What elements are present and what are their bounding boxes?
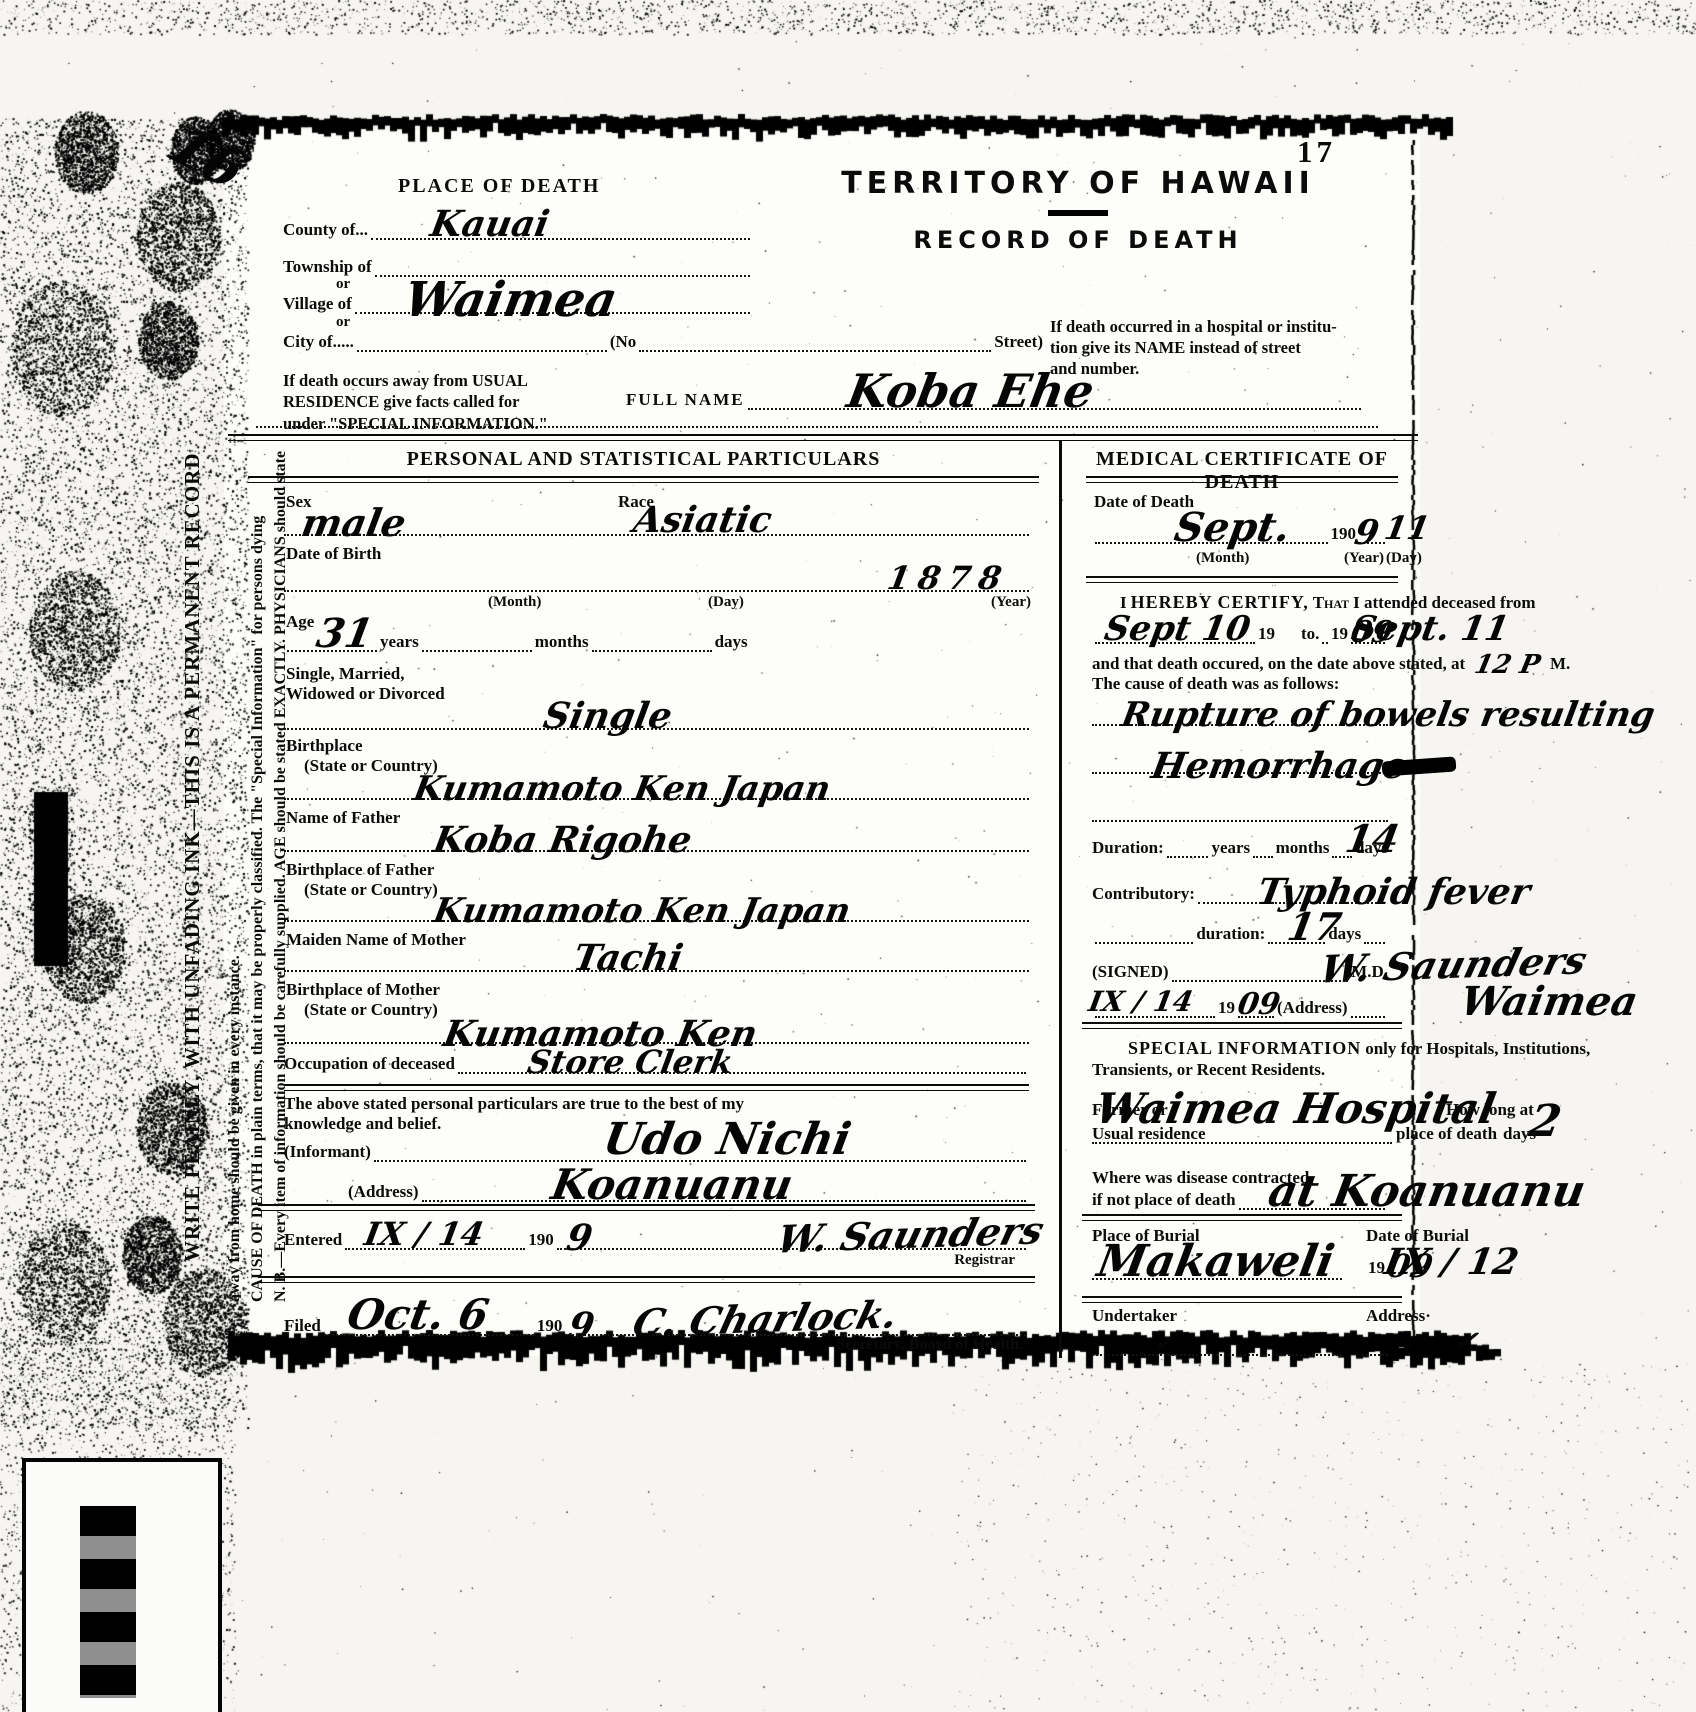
rule xyxy=(258,1276,1035,1283)
signed-year-value: 09 xyxy=(1235,990,1282,1020)
cause-value-2: Hemorrhage xyxy=(1149,748,1410,784)
months-label: months xyxy=(535,632,589,652)
filed-date-line: Oct. 6 xyxy=(324,1328,534,1336)
occupation-value: Store Clerk xyxy=(525,1046,735,1078)
age-label: Age xyxy=(286,612,314,632)
days-label: days xyxy=(715,632,748,652)
cause-line-1: Rupture of bowels resulting xyxy=(1092,722,1388,726)
marital-line: Single xyxy=(284,726,1029,730)
special-info-rest: only for Hospitals, Institutions, xyxy=(1365,1039,1590,1058)
full-name-value: Koba Ehe xyxy=(844,368,1098,414)
rule xyxy=(248,476,1039,483)
residence-note-line1: If death occurs away from USUAL xyxy=(283,370,613,391)
burial-place-line: Makaweli xyxy=(1092,1276,1342,1280)
father-bp-value: Kumamoto Ken Japan xyxy=(431,894,853,928)
medical-title: MEDICAL CERTIFICATE OF DEATH xyxy=(1066,448,1418,494)
filed-year-printed: 190 xyxy=(537,1316,563,1336)
rule xyxy=(1082,1296,1402,1303)
burial-year-value: 09 xyxy=(1385,1250,1435,1282)
marital-label-2: Widowed or Divorced xyxy=(286,684,445,704)
contributory-label: Contributory: xyxy=(1092,884,1195,904)
filed-label: Filed xyxy=(284,1316,321,1336)
margin-note-nb-line3: away from home should be given in every … xyxy=(226,955,244,1302)
undertaker-label: Undertaker xyxy=(1092,1306,1177,1326)
special-info-bold: SPECIAL INFORMATION xyxy=(1128,1038,1361,1058)
duration-months-label: months xyxy=(1276,838,1330,858)
county-row: County of... Kauai xyxy=(283,220,753,240)
scanned-death-certificate-page: WRITE PLAINLY, WITH UNFADING INK—THIS IS… xyxy=(0,0,1696,1712)
entered-date-value: IX / 14 xyxy=(362,1218,486,1250)
county-label: County of... xyxy=(283,220,368,240)
age-row: 31 years months days xyxy=(284,632,1029,652)
village-value: Waimea xyxy=(401,276,621,324)
dod-month-sub: (Month) xyxy=(1196,550,1249,567)
contracted-value: at Koanuanu xyxy=(1265,1170,1589,1214)
attended-to-year-value: 09 xyxy=(1348,618,1395,648)
density-strip-box xyxy=(22,1458,222,1712)
residence-note-line2: RESIDENCE give facts called for xyxy=(283,391,613,412)
attended-to-line: Sept. 11 xyxy=(1322,636,1328,644)
burial-place-value: Makaweli xyxy=(1094,1240,1337,1284)
attended-to-year-printed: 19 xyxy=(1331,624,1348,644)
column-divider xyxy=(1059,440,1066,1358)
informant-address-value: Koanuanu xyxy=(548,1164,796,1206)
signed-year-printed: 19 xyxy=(1218,998,1235,1018)
father-value: Koba Rigohe xyxy=(431,822,695,858)
rule xyxy=(1086,576,1398,583)
former-residence-line xyxy=(1092,1140,1392,1144)
dod-row: Sept. 11 190 9 xyxy=(1092,528,1388,544)
village-row: Village of Waimea xyxy=(283,294,753,314)
filed-row: Filed Oct. 6 190 9 C. Charlock. xyxy=(284,1316,1029,1336)
blank-line xyxy=(256,424,1378,428)
personal-title: PERSONAL AND STATISTICAL PARTICULARS xyxy=(228,448,1059,471)
filed-year-line: 9 C. Charlock. xyxy=(565,1328,1026,1336)
territory-header: TERRITORY OF HAWAII RECORD OF DEATH xyxy=(813,166,1343,254)
entered-year-line: 9 W. Saunders xyxy=(557,1242,1026,1250)
father-bp-line: Kumamoto Ken Japan xyxy=(284,918,1029,922)
signed-address-value: Waimea xyxy=(1457,982,1640,1022)
informant-address-row: (Address) Koanuanu xyxy=(348,1182,1029,1202)
informant-label: (Informant) xyxy=(284,1142,371,1162)
duration-years-line xyxy=(1167,850,1209,858)
hospital-note-line2: tion give its NAME instead of street xyxy=(1050,337,1400,358)
signed-row: (SIGNED) W. Saunders M.D. xyxy=(1092,964,1388,982)
village-line: Waimea xyxy=(355,306,750,314)
race-value: Asiatic xyxy=(631,502,775,538)
months-line xyxy=(422,644,532,652)
informant-row: (Informant) Udo Nichi xyxy=(284,1142,1029,1162)
cause-line-3 xyxy=(1092,818,1388,822)
signed-address-line: Waimea xyxy=(1351,1010,1385,1018)
filed-year-value: 9 xyxy=(566,1308,597,1344)
township-label: Township of xyxy=(283,257,372,277)
attended-from-value: Sept 10 xyxy=(1102,612,1253,646)
age-line: 31 xyxy=(287,644,377,652)
rule xyxy=(284,1084,1029,1091)
entered-label: Entered xyxy=(284,1230,342,1250)
attended-from-line: Sept 10 xyxy=(1095,636,1255,644)
sex-value: male xyxy=(299,504,409,542)
cause-intro: The cause of death was as follows: xyxy=(1092,674,1339,694)
street-label: Street) xyxy=(994,332,1043,352)
mother-bp-label: Birthplace of Mother xyxy=(286,980,440,1000)
personal-column: PERSONAL AND STATISTICAL PARTICULARS Sex… xyxy=(228,440,1059,1358)
hospital-note-line3: and number. xyxy=(1050,358,1400,379)
dod-day-value: 11 xyxy=(1382,512,1432,544)
attestation-line2: knowledge and belief. xyxy=(284,1114,441,1134)
signed-year-line: 09 xyxy=(1238,1010,1274,1018)
burial-date-row: IX / 12 19 09 xyxy=(1362,1260,1388,1278)
dod-year-line: 9 xyxy=(1359,536,1385,544)
record-title: RECORD OF DEATH xyxy=(813,226,1343,254)
territory-title: TERRITORY OF HAWAII xyxy=(813,166,1343,201)
duration-years-label: years xyxy=(1211,838,1250,858)
duration-row: Duration: years months 14 days xyxy=(1092,840,1388,858)
divider-bar xyxy=(1048,210,1108,216)
rule xyxy=(1082,1022,1402,1029)
medical-column: MEDICAL CERTIFICATE OF DEATH Date of Dea… xyxy=(1066,440,1418,1358)
contributory-duration-label: duration: xyxy=(1196,924,1265,944)
mother-bp-soc: (State or Country) xyxy=(304,1000,438,1020)
secretary-label: Secretary, Board of Health. xyxy=(836,1336,1023,1354)
attended-row: Sept 10 19 to. Sept. 11 19 09 xyxy=(1092,626,1388,644)
signed-address-label: (Address) xyxy=(1277,998,1348,1018)
cause-line-2: Hemorrhage xyxy=(1092,770,1388,774)
marital-label-1: Single, Married, xyxy=(286,664,405,684)
contracted-row: if not place of death at Koanuanu xyxy=(1092,1192,1388,1210)
undertaker-check: ✓ xyxy=(1149,1328,1179,1358)
dob-month-sub: (Month) xyxy=(488,594,541,611)
mother-line: Tachi xyxy=(284,968,1029,972)
birthplace-value: Kumamoto Ken Japan xyxy=(411,772,833,806)
dod-day-sub: (Day) xyxy=(1386,550,1422,567)
hospital-note-line1: If death occurred in a hospital or insti… xyxy=(1050,316,1400,337)
special-info-line1: SPECIAL INFORMATION only for Hospitals, … xyxy=(1092,1038,1590,1059)
father-line: Koba Rigohe xyxy=(284,848,1029,852)
former-residence-value: Waimea Hospital xyxy=(1092,1088,1498,1130)
page-number: 17 xyxy=(1297,134,1336,170)
margin-note-write-plainly: WRITE PLAINLY, WITH UNFADING INK—THIS IS… xyxy=(180,452,205,1262)
dob-day-sub: (Day) xyxy=(708,594,744,611)
street-number-line xyxy=(639,344,991,352)
dod-line: Sept. 11 xyxy=(1095,536,1328,544)
mother-label: Maiden Name of Mother xyxy=(286,930,466,950)
birthplace-label: Birthplace xyxy=(286,736,363,756)
occupation-row: Occupation of deceased Store Clerk xyxy=(284,1054,1029,1074)
dod-month-value: Sept. xyxy=(1171,508,1293,548)
duration-label: Duration: xyxy=(1092,838,1164,858)
entered-date-line: IX / 14 xyxy=(345,1242,525,1250)
signed-address-row: IX / 14 19 09 (Address) Waimea xyxy=(1092,1000,1388,1018)
father-label: Name of Father xyxy=(286,808,400,828)
marital-value: Single xyxy=(541,698,675,734)
entered-row: Entered IX / 14 190 9 W. Saunders xyxy=(284,1230,1029,1250)
birthplace-line: Kumamoto Ken Japan xyxy=(284,796,1029,800)
undertaker-address-label: Address· xyxy=(1366,1306,1431,1326)
entered-year-printed: 190 xyxy=(528,1230,554,1250)
city-row: City of..... (No Street) xyxy=(283,332,1043,352)
father-bp-soc: (State or Country) xyxy=(304,880,438,900)
or-label-2: or xyxy=(336,314,350,331)
informant-value: Udo Nichi xyxy=(600,1118,854,1162)
columns: PERSONAL AND STATISTICAL PARTICULARS Sex… xyxy=(228,440,1418,1358)
city-label: City of..... xyxy=(283,332,354,352)
full-name-row: FULL NAME Koba Ehe xyxy=(626,390,1364,410)
undertaker-address-line: ✓ xyxy=(1362,1352,1388,1356)
contracted-label-2: if not place of death xyxy=(1092,1190,1236,1210)
margin-note-nb-line1: N. B.—Every item of information should b… xyxy=(272,451,290,1302)
certify-that: That xyxy=(1313,593,1349,612)
hospital-note: If death occurred in a hospital or insti… xyxy=(1050,316,1400,379)
signed-line: W. Saunders xyxy=(1172,974,1349,982)
duration-days-value: 14 xyxy=(1343,820,1403,858)
registrar-signature: W. Saunders xyxy=(773,1211,1048,1258)
special-info-line2: Transients, or Recent Residents. xyxy=(1092,1060,1325,1080)
occupation-label: Occupation of deceased xyxy=(284,1054,455,1074)
occurred-text: and that death occured, on the date abov… xyxy=(1092,654,1465,673)
entered-year-value: 9 xyxy=(564,1220,595,1256)
cause-value-1: Rupture of bowels resulting xyxy=(1119,698,1657,732)
attended-to-year-line: 09 xyxy=(1351,636,1385,644)
attestation-line1: The above stated personal particulars ar… xyxy=(284,1094,744,1114)
filed-date-value: Oct. 6 xyxy=(344,1294,491,1336)
dod-year-printed: 190 xyxy=(1331,524,1357,544)
dob-line: 1878 xyxy=(284,588,1029,592)
signed-date-value: IX / 14 xyxy=(1087,988,1195,1016)
years-label: years xyxy=(380,632,419,652)
secretary-signature: C. Charlock. xyxy=(629,1295,902,1342)
or-label-1: or xyxy=(336,276,350,293)
dob-year-value: 1878 xyxy=(885,562,1012,594)
city-line xyxy=(357,344,607,352)
density-strip xyxy=(80,1506,136,1698)
dob-label: Date of Birth xyxy=(286,544,381,564)
place-of-death-title: PLACE OF DEATH xyxy=(398,175,600,198)
village-label: Village of xyxy=(283,294,352,314)
full-name-line: Koba Ehe xyxy=(748,402,1361,410)
duration-days-line: 14 xyxy=(1332,850,1351,858)
cd-tail-line xyxy=(1364,936,1385,944)
cd-value-line: 17 xyxy=(1268,936,1325,944)
rule xyxy=(1086,476,1398,483)
occurred-m-label: M. xyxy=(1550,654,1570,673)
undertaker-address-check: ✓ xyxy=(1449,1328,1479,1358)
to-label: to. xyxy=(1301,624,1319,644)
dod-year-value: 9 xyxy=(1352,516,1382,550)
sex-race-line: male Asiatic xyxy=(284,532,1029,536)
attended-from-year: 19 xyxy=(1258,624,1275,644)
signed-date-line: IX / 14 xyxy=(1095,1010,1215,1018)
father-bp-label: Birthplace of Father xyxy=(286,860,434,880)
contracted-line: at Koanuanu xyxy=(1239,1202,1385,1210)
contributory-line: Typhoid fever xyxy=(1198,896,1385,904)
age-value: 31 xyxy=(313,614,376,654)
contributory-duration-value: 17 xyxy=(1285,908,1345,946)
cd-lead-line xyxy=(1095,936,1193,944)
signed-label: (SIGNED) xyxy=(1092,962,1169,982)
county-line: Kauai xyxy=(371,232,750,240)
no-label: (No xyxy=(610,332,636,352)
county-value: Kauai xyxy=(428,206,552,242)
occupation-line: Store Clerk xyxy=(458,1066,1026,1074)
duration-months-line xyxy=(1253,850,1272,858)
mother-value: Tachi xyxy=(571,940,686,976)
certificate-body: 16 17 PLACE OF DEATH TERRITORY OF HAWAII… xyxy=(228,128,1418,1358)
undertaker-line: ✓ xyxy=(1092,1352,1342,1356)
contributory-row: Contributory: Typhoid fever xyxy=(1092,886,1388,904)
margin-note-nb-line2: CAUSE OF DEATH in plain terms, that it m… xyxy=(249,516,267,1302)
occurred-time-value: 12 P xyxy=(1472,652,1542,678)
informant-address-line: Koanuanu xyxy=(422,1194,1026,1202)
full-name-label: FULL NAME xyxy=(626,390,745,410)
informant-address-label: (Address) xyxy=(348,1182,419,1202)
days-line xyxy=(592,644,712,652)
contributory-duration-row: duration: 17 days xyxy=(1092,926,1388,944)
